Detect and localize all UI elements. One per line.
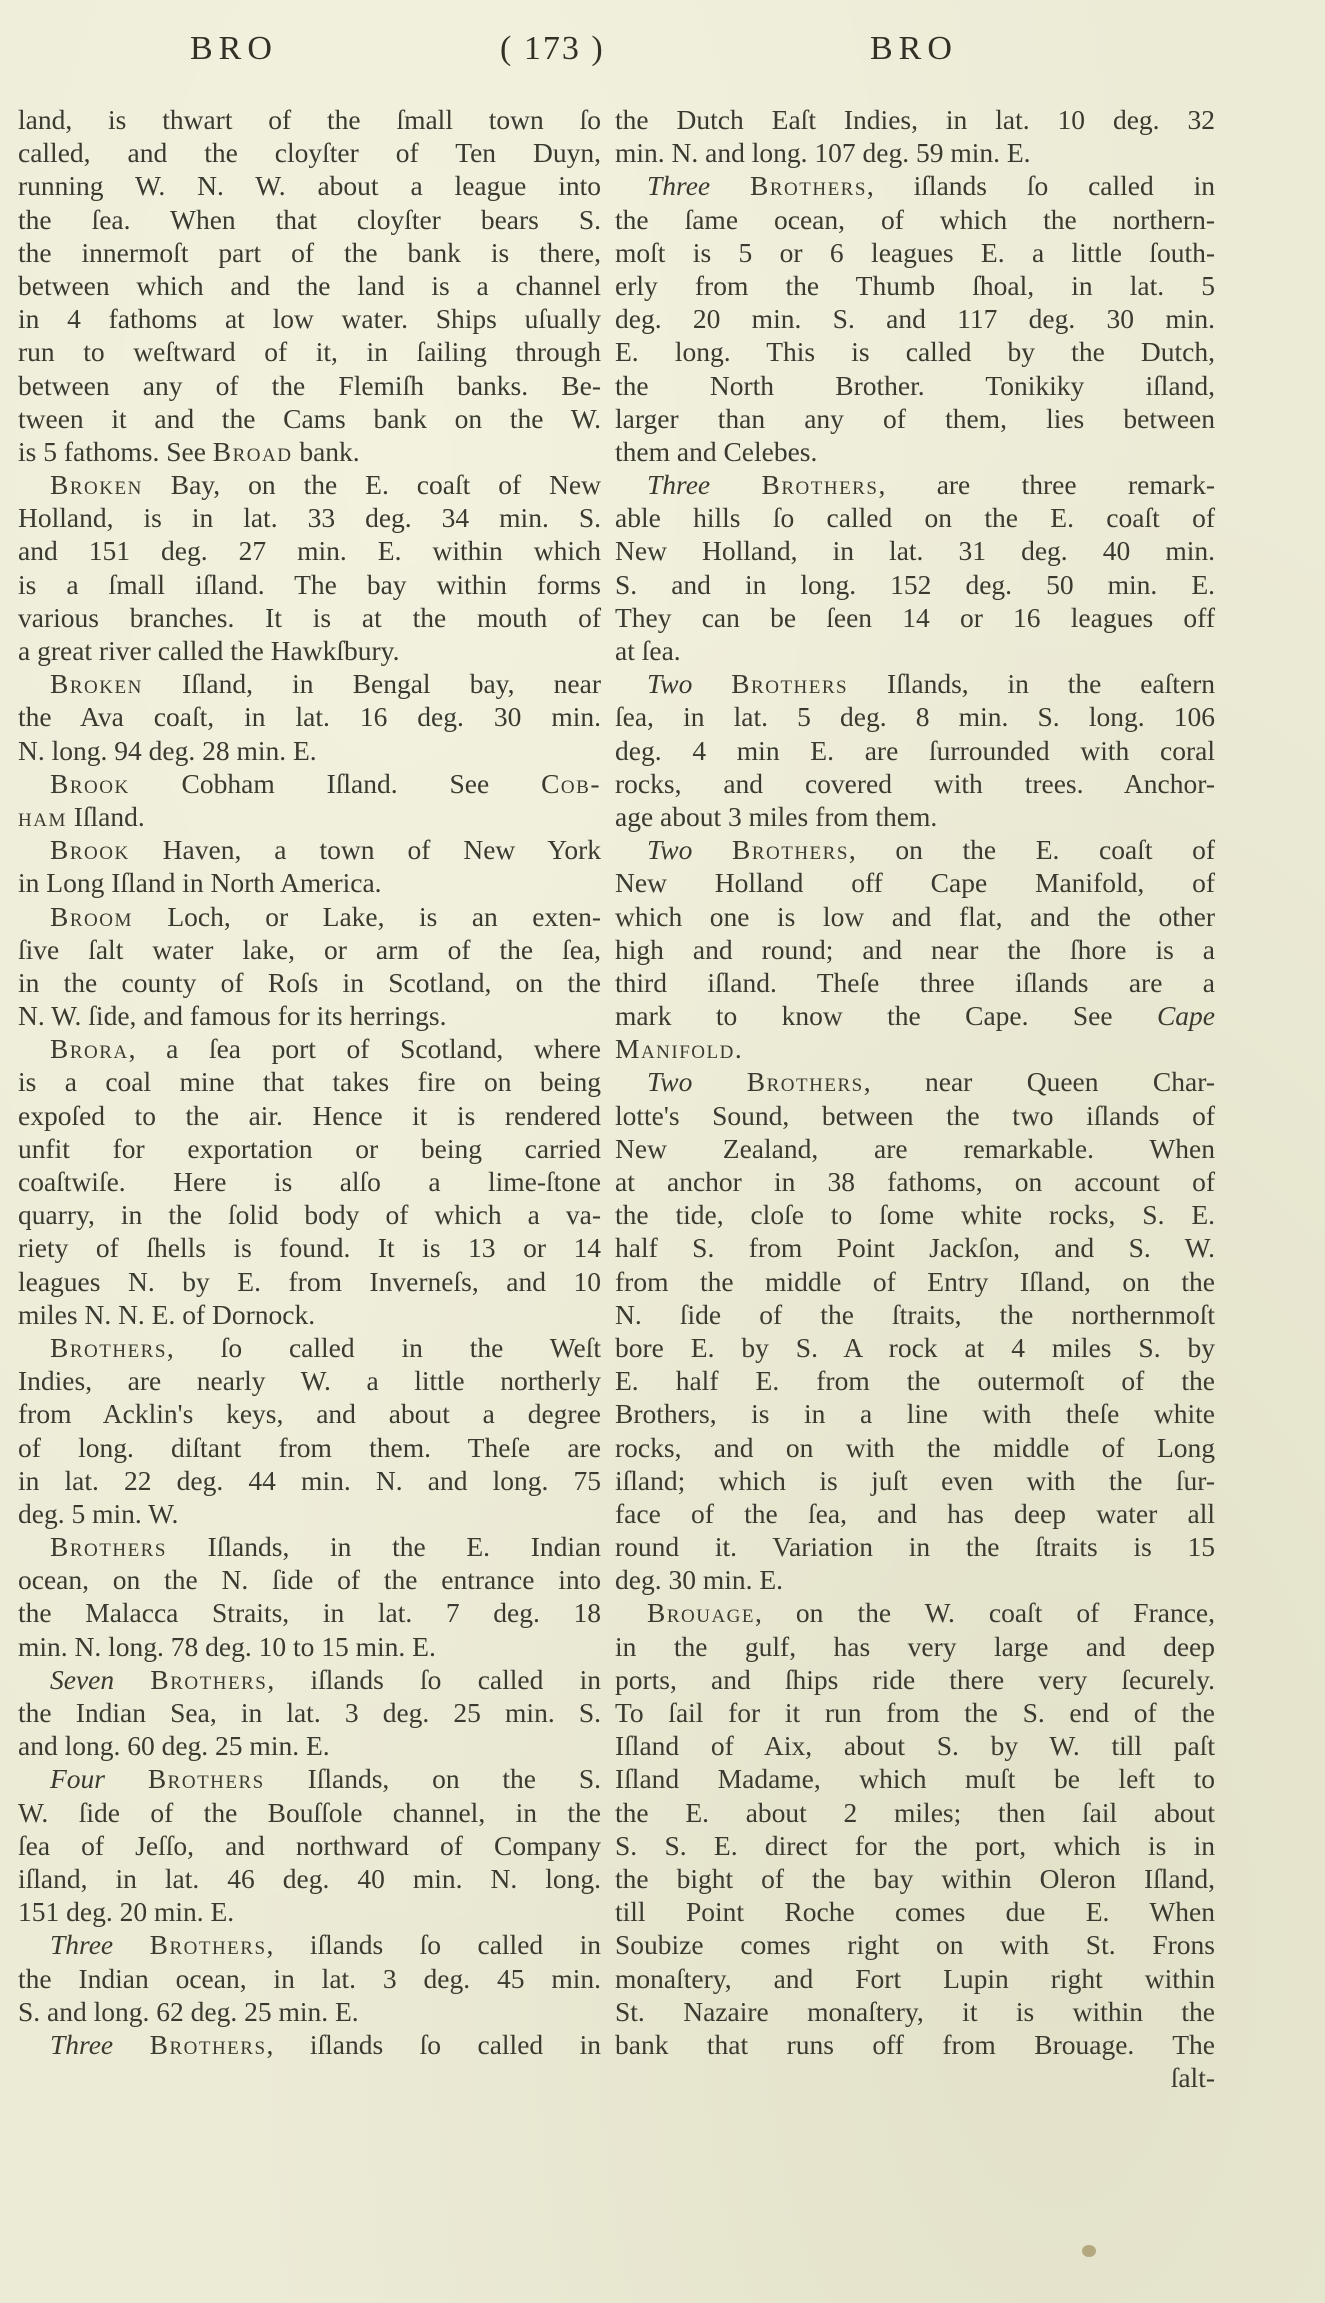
text-run: Iſland. bbox=[67, 801, 145, 832]
text-run: , on the E. coaſt of bbox=[849, 834, 1215, 865]
text-line: round it. Variation in the ſtraits is 15 bbox=[615, 1530, 1215, 1563]
text-run: called, and the cloyſter of Ten Duyn, bbox=[18, 137, 601, 168]
text-line: unfit for exportation or being carried bbox=[18, 1132, 601, 1165]
paper-stain bbox=[1082, 2245, 1096, 2257]
entry-headword: Broken bbox=[50, 469, 143, 500]
text-run: various branches. It is at the mouth of bbox=[18, 602, 601, 633]
text-run: Soubize comes right on with St. Frons bbox=[615, 1929, 1215, 1960]
text-line: Iſland Madame, which muſt be left to bbox=[615, 1762, 1215, 1795]
text-run: min. N. and long. 107 deg. 59 min. E. bbox=[615, 137, 1031, 168]
text-line: which one is low and flat, and the other bbox=[615, 900, 1215, 933]
text-line: bank that runs off from Brouage. The bbox=[615, 2028, 1215, 2061]
text-line: is a ſmall iſland. The bay within forms bbox=[18, 568, 601, 601]
text-run: New Holland off Cape Manifold, of bbox=[615, 867, 1215, 898]
text-run: able hills ſo called on the E. coaſt of bbox=[615, 502, 1215, 533]
text-line: New Holland, in lat. 31 deg. 40 min. bbox=[615, 534, 1215, 567]
entry-headword: Cob- bbox=[541, 768, 601, 799]
text-run: Iſlands, in the eaſtern bbox=[848, 668, 1215, 699]
text-line: riety of ſhells is found. It is 13 or 14 bbox=[18, 1231, 601, 1264]
text-line: St. Nazaire monaſtery, it is within the bbox=[615, 1995, 1215, 2028]
text-line: New Zealand, are remarkable. When bbox=[615, 1132, 1215, 1165]
text-run: E. long. This is called by the Dutch, bbox=[615, 336, 1215, 367]
entry-headword: Brothers bbox=[150, 1664, 267, 1695]
text-run: a great river called the Hawkſbury. bbox=[18, 635, 400, 666]
text-line: the North Brother. Tonikiky iſland, bbox=[615, 369, 1215, 402]
text-line: half S. from Point Jackſon, and S. W. bbox=[615, 1231, 1215, 1264]
entry-headword: Broom bbox=[50, 901, 133, 932]
entry-headword: Brothers bbox=[148, 1763, 265, 1794]
text-line: face of the ſea, and has deep water all bbox=[615, 1497, 1215, 1530]
text-run: bank. bbox=[292, 436, 359, 467]
text-run: monaſtery, and Fort Lupin right within bbox=[615, 1963, 1215, 1994]
text-line: from the middle of Entry Iſland, on the bbox=[615, 1265, 1215, 1298]
italic-text: Three bbox=[647, 170, 710, 201]
text-run: S. and in long. 152 deg. 50 min. E. bbox=[615, 569, 1215, 600]
text-line: called, and the cloyſter of Ten Duyn, bbox=[18, 136, 601, 169]
text-run: rocks, and on with the middle of Long bbox=[615, 1432, 1215, 1463]
entry-headword: Brook bbox=[50, 834, 130, 865]
text-run: coaſtwiſe. Here is alſo a lime-ſtone bbox=[18, 1166, 601, 1197]
text-run: Iſlands, in the E. Indian bbox=[167, 1531, 601, 1562]
text-run: Cobham Iſland. See bbox=[130, 768, 541, 799]
text-run: tween it and the Cams bank on the W. bbox=[18, 403, 601, 434]
text-line: min. N. and long. 107 deg. 59 min. E. bbox=[615, 136, 1215, 169]
text-line: the ſame ocean, of which the northern- bbox=[615, 203, 1215, 236]
text-run: the Malacca Straits, in lat. 7 deg. 18 bbox=[18, 1597, 601, 1628]
text-line: Manifold. bbox=[615, 1032, 1215, 1065]
text-run bbox=[105, 1763, 148, 1794]
text-run: the bight of the bay within Oleron Iſlan… bbox=[615, 1863, 1215, 1894]
text-line: deg. 4 min E. are ſurrounded with coral bbox=[615, 734, 1215, 767]
text-run: , ſo called in the Weſt bbox=[167, 1332, 601, 1363]
text-line: S. and in long. 152 deg. 50 min. E. bbox=[615, 568, 1215, 601]
text-run: leagues N. by E. from Inverneſs, and 10 bbox=[18, 1266, 601, 1297]
text-run: high and round; and near the ſhore is a bbox=[615, 934, 1215, 965]
text-line: Three Brothers, iſlands ſo called in bbox=[18, 2028, 601, 2061]
text-run: S. S. E. direct for the port, which is i… bbox=[615, 1830, 1215, 1861]
text-line: Three Brothers, are three remark- bbox=[615, 468, 1215, 501]
text-run: , a ſea port of Scotland, where bbox=[129, 1033, 601, 1064]
text-line: ports, and ſhips ride there very ſecurel… bbox=[615, 1663, 1215, 1696]
text-run: land, is thwart of the ſmall town ſo bbox=[18, 104, 601, 135]
text-run: ſea of Jeſſo, and northward of Company bbox=[18, 1830, 601, 1861]
text-line: run to weſtward of it, in ſailing throug… bbox=[18, 335, 601, 368]
text-run: ocean, on the N. ſide of the entrance in… bbox=[18, 1564, 601, 1595]
text-line: between which and the land is a channel bbox=[18, 269, 601, 302]
text-line: in 4 fathoms at low water. Ships uſually bbox=[18, 302, 601, 335]
text-run: deg. 30 min. E. bbox=[615, 1564, 783, 1595]
text-line: N. ſide of the ſtraits, the northernmoſt bbox=[615, 1298, 1215, 1331]
text-run: the ſame ocean, of which the northern- bbox=[615, 204, 1215, 235]
text-line: in the gulf, has very large and deep bbox=[615, 1630, 1215, 1663]
text-run: N. ſide of the ſtraits, the northernmoſt bbox=[615, 1299, 1215, 1330]
text-run: from Acklin's keys, and about a degree bbox=[18, 1398, 601, 1429]
text-line: iſland; which is juſt even with the ſur- bbox=[615, 1464, 1215, 1497]
text-run: deg. 4 min E. are ſurrounded with coral bbox=[615, 735, 1215, 766]
text-line: is 5 fathoms. See Broad bank. bbox=[18, 435, 601, 468]
text-line: land, is thwart of the ſmall town ſo bbox=[18, 103, 601, 136]
text-line: min. N. long. 78 deg. 10 to 15 min. E. bbox=[18, 1630, 601, 1663]
text-line: monaſtery, and Fort Lupin right within bbox=[615, 1962, 1215, 1995]
text-run: , iſlands ſo called in bbox=[267, 2029, 601, 2060]
italic-text: Three bbox=[50, 2029, 113, 2060]
text-run: at ſea. bbox=[615, 635, 681, 666]
page-number: ( 173 ) bbox=[500, 30, 605, 68]
text-line: of long. diſtant from them. Theſe are bbox=[18, 1431, 601, 1464]
text-line: New Holland off Cape Manifold, of bbox=[615, 866, 1215, 899]
text-line: Brothers, ſo called in the Weſt bbox=[18, 1331, 601, 1364]
text-line: ham Iſland. bbox=[18, 800, 601, 833]
text-run: of long. diſtant from them. Theſe are bbox=[18, 1432, 601, 1463]
italic-text: Two bbox=[647, 834, 692, 865]
text-line: Brouage, on the W. coaſt of France, bbox=[615, 1596, 1215, 1629]
text-line: mark to know the Cape. See Cape bbox=[615, 999, 1215, 1032]
text-line: is a coal mine that takes fire on being bbox=[18, 1065, 601, 1098]
text-run: till Point Roche comes due E. When bbox=[615, 1896, 1215, 1927]
text-line: in lat. 22 deg. 44 min. N. and long. 75 bbox=[18, 1464, 601, 1497]
text-run: ſive ſalt water lake, or arm of the ſea, bbox=[18, 934, 601, 965]
text-run: erly from the Thumb ſhoal, in lat. 5 bbox=[615, 270, 1215, 301]
text-run: deg. 5 min. W. bbox=[18, 1498, 178, 1529]
text-line: ocean, on the N. ſide of the entrance in… bbox=[18, 1563, 601, 1596]
entry-headword: Broken bbox=[50, 668, 143, 699]
text-run: E. half E. from the outermoſt of the bbox=[615, 1365, 1215, 1396]
text-run: face of the ſea, and has deep water all bbox=[615, 1498, 1215, 1529]
entry-headword: Brothers bbox=[731, 668, 848, 699]
text-run bbox=[692, 834, 732, 865]
text-line: the Ava coaſt, in lat. 16 deg. 30 min. bbox=[18, 700, 601, 733]
text-run: They can be ſeen 14 or 16 leagues off bbox=[615, 602, 1215, 633]
entry-headword: Brook bbox=[50, 768, 130, 799]
text-line: at ſea. bbox=[615, 634, 1215, 667]
text-run: quarry, in the ſolid body of which a va- bbox=[18, 1199, 601, 1230]
text-line: the ſea. When that cloyſter bears S. bbox=[18, 203, 601, 236]
text-run: rocks, and covered with trees. Anchor- bbox=[615, 768, 1215, 799]
catchword: ſalt- bbox=[615, 2061, 1215, 2094]
text-line: ſive ſalt water lake, or arm of the ſea, bbox=[18, 933, 601, 966]
text-line: able hills ſo called on the E. coaſt of bbox=[615, 501, 1215, 534]
text-run: which one is low and flat, and the other bbox=[615, 901, 1215, 932]
text-line: the innermoſt part of the bank is there, bbox=[18, 236, 601, 269]
text-run: is a ſmall iſland. The bay within forms bbox=[18, 569, 601, 600]
text-line: and 151 deg. 27 min. E. within which bbox=[18, 534, 601, 567]
text-run: Iſland Madame, which muſt be left to bbox=[615, 1763, 1215, 1794]
text-line: deg. 5 min. W. bbox=[18, 1497, 601, 1530]
text-run: Iſlands, on the S. bbox=[265, 1763, 601, 1794]
text-run: them and Celebes. bbox=[615, 436, 817, 467]
text-line: the Indian Sea, in lat. 3 deg. 25 min. S… bbox=[18, 1696, 601, 1729]
entry-headword: ham bbox=[18, 801, 67, 832]
entry-headword: Brora bbox=[50, 1033, 129, 1064]
text-line: the Dutch Eaſt Indies, in lat. 10 deg. 3… bbox=[615, 103, 1215, 136]
text-line: the bight of the bay within Oleron Iſlan… bbox=[615, 1862, 1215, 1895]
entry-headword: Brothers bbox=[750, 170, 867, 201]
entry-headword: Brothers bbox=[762, 469, 879, 500]
text-run: W. ſide of the Bouſſole channel, in the bbox=[18, 1797, 601, 1828]
text-run: , on the W. coaſt of France, bbox=[755, 1597, 1215, 1628]
text-line: coaſtwiſe. Here is alſo a lime-ſtone bbox=[18, 1165, 601, 1198]
text-run: ſea, in lat. 5 deg. 8 min. S. long. 106 bbox=[615, 701, 1215, 732]
text-line: Broken Iſland, in Bengal bay, near bbox=[18, 667, 601, 700]
text-run bbox=[692, 668, 731, 699]
text-line: bore E. by S. A rock at 4 miles S. by bbox=[615, 1331, 1215, 1364]
text-run: . bbox=[735, 1033, 742, 1064]
text-run: the E. about 2 miles; then ſail about bbox=[615, 1797, 1215, 1828]
text-run: To ſail for it run from the S. end of th… bbox=[615, 1697, 1215, 1728]
text-line: Brook Cobham Iſland. See Cob- bbox=[18, 767, 601, 800]
text-line: Broken Bay, on the E. coaſt of New bbox=[18, 468, 601, 501]
text-run: , iſlands ſo called in bbox=[267, 1664, 601, 1695]
text-line: erly from the Thumb ſhoal, in lat. 5 bbox=[615, 269, 1215, 302]
text-run: New Zealand, are remarkable. When bbox=[615, 1133, 1215, 1164]
text-run: is a coal mine that takes fire on being bbox=[18, 1066, 601, 1097]
text-line: age about 3 miles from them. bbox=[615, 800, 1215, 833]
text-run: between any of the Flemiſh banks. Be- bbox=[18, 370, 601, 401]
text-run: Holland, is in lat. 33 deg. 34 min. S. bbox=[18, 502, 601, 533]
text-line: Two Brothers, on the E. coaſt of bbox=[615, 833, 1215, 866]
text-run: in the gulf, has very large and deep bbox=[615, 1631, 1215, 1662]
text-run bbox=[710, 469, 761, 500]
text-run: between which and the land is a channel bbox=[18, 270, 601, 301]
text-run: Iſland of Aix, about S. by W. till paſt bbox=[615, 1730, 1215, 1761]
text-line: S. and long. 62 deg. 25 min. E. bbox=[18, 1995, 601, 2028]
text-run: ports, and ſhips ride there very ſecurel… bbox=[615, 1664, 1215, 1695]
text-run: miles N. N. E. of Dornock. bbox=[18, 1299, 315, 1330]
text-run: bore E. by S. A rock at 4 miles S. by bbox=[615, 1332, 1215, 1363]
text-line: W. ſide of the Bouſſole channel, in the bbox=[18, 1796, 601, 1829]
running-head-left: BRO bbox=[190, 30, 278, 68]
text-line: leagues N. by E. from Inverneſs, and 10 bbox=[18, 1265, 601, 1298]
text-run: min. N. long. 78 deg. 10 to 15 min. E. bbox=[18, 1631, 436, 1662]
text-run: the Indian ocean, in lat. 3 deg. 45 min. bbox=[18, 1963, 601, 1994]
text-line: in Long Iſland in North America. bbox=[18, 866, 601, 899]
text-run: unfit for exportation or being carried bbox=[18, 1133, 601, 1164]
text-run: at anchor in 38 fathoms, on account of bbox=[615, 1166, 1215, 1197]
text-run: 151 deg. 20 min. E. bbox=[18, 1896, 234, 1927]
text-line: Brook Haven, a town of New York bbox=[18, 833, 601, 866]
text-line: expoſed to the air. Hence it is rendered bbox=[18, 1099, 601, 1132]
entry-headword: Brouage bbox=[647, 1597, 755, 1628]
italic-text: Seven bbox=[50, 1664, 114, 1695]
italic-text: Four bbox=[50, 1763, 105, 1794]
text-run: New Holland, in lat. 31 deg. 40 min. bbox=[615, 535, 1215, 566]
text-run bbox=[113, 2029, 149, 2060]
text-line: rocks, and on with the middle of Long bbox=[615, 1431, 1215, 1464]
text-line: deg. 20 min. S. and 117 deg. 30 min. bbox=[615, 302, 1215, 335]
text-line: ſea of Jeſſo, and northward of Company bbox=[18, 1829, 601, 1862]
text-line: till Point Roche comes due E. When bbox=[615, 1895, 1215, 1928]
text-line: Two Brothers Iſlands, in the eaſtern bbox=[615, 667, 1215, 700]
text-run: , iſlands ſo called in bbox=[267, 1929, 601, 1960]
text-run: Iſland, in Bengal bay, near bbox=[143, 668, 601, 699]
text-line: from Acklin's keys, and about a degree bbox=[18, 1397, 601, 1430]
text-line: the E. about 2 miles; then ſail about bbox=[615, 1796, 1215, 1829]
text-run: riety of ſhells is found. It is 13 or 14 bbox=[18, 1232, 601, 1263]
text-line: E. long. This is called by the Dutch, bbox=[615, 335, 1215, 368]
text-run: S. and long. 62 deg. 25 min. E. bbox=[18, 1996, 359, 2027]
text-line: quarry, in the ſolid body of which a va- bbox=[18, 1198, 601, 1231]
text-line: the Malacca Straits, in lat. 7 deg. 18 bbox=[18, 1596, 601, 1629]
text-line: S. S. E. direct for the port, which is i… bbox=[615, 1829, 1215, 1862]
running-header: BRO ( 173 ) BRO bbox=[0, 30, 1325, 80]
italic-text: Cape bbox=[1157, 1000, 1215, 1031]
text-run bbox=[114, 1664, 150, 1695]
text-run: run to weſtward of it, in ſailing throug… bbox=[18, 336, 601, 367]
italic-text: Two bbox=[647, 1066, 692, 1097]
text-line: tween it and the Cams bank on the W. bbox=[18, 402, 601, 435]
text-line: in the county of Roſs in Scotland, on th… bbox=[18, 966, 601, 999]
text-run bbox=[710, 170, 750, 201]
text-line: the Indian ocean, in lat. 3 deg. 45 min. bbox=[18, 1962, 601, 1995]
text-line: Brothers, is in a line with theſe white bbox=[615, 1397, 1215, 1430]
running-head-right: BRO bbox=[870, 30, 958, 68]
text-run: Loch, or Lake, is an exten- bbox=[133, 901, 601, 932]
text-run: half S. from Point Jackſon, and S. W. bbox=[615, 1232, 1215, 1263]
text-run: mark to know the Cape. See bbox=[615, 1000, 1157, 1031]
text-run: iſland, in lat. 46 deg. 40 min. N. long. bbox=[18, 1863, 601, 1894]
text-line: moſt is 5 or 6 leagues E. a little ſouth… bbox=[615, 236, 1215, 269]
text-run: larger than any of them, lies between bbox=[615, 403, 1215, 434]
entry-headword: Brothers bbox=[150, 2029, 267, 2060]
text-line: and long. 60 deg. 25 min. E. bbox=[18, 1729, 601, 1762]
text-run: St. Nazaire monaſtery, it is within the bbox=[615, 1996, 1215, 2027]
entry-headword: Broad bbox=[213, 436, 293, 467]
text-run: in 4 fathoms at low water. Ships uſually bbox=[18, 303, 601, 334]
text-line: the tide, cloſe to ſome white rocks, S. … bbox=[615, 1198, 1215, 1231]
entry-headword: Brothers bbox=[50, 1332, 167, 1363]
text-run: and long. 60 deg. 25 min. E. bbox=[18, 1730, 330, 1761]
text-line: Three Brothers, iſlands ſo called in bbox=[18, 1928, 601, 1961]
text-line: Brora, a ſea port of Scotland, where bbox=[18, 1032, 601, 1065]
text-line: miles N. N. E. of Dornock. bbox=[18, 1298, 601, 1331]
text-run: lotte's Sound, between the two iſlands o… bbox=[615, 1100, 1215, 1131]
text-line: Indies, are nearly W. a little northerly bbox=[18, 1364, 601, 1397]
text-line: a great river called the Hawkſbury. bbox=[18, 634, 601, 667]
text-run: moſt is 5 or 6 leagues E. a little ſouth… bbox=[615, 237, 1215, 268]
text-run: , near Queen Char- bbox=[864, 1066, 1215, 1097]
text-line: third iſland. Theſe three iſlands are a bbox=[615, 966, 1215, 999]
text-run bbox=[692, 1066, 746, 1097]
italic-text: Three bbox=[50, 1929, 113, 1960]
text-run: expoſed to the air. Hence it is rendered bbox=[18, 1100, 601, 1131]
left-column: land, is thwart of the ſmall town ſocall… bbox=[18, 103, 601, 2061]
text-line: running W. N. W. about a league into bbox=[18, 169, 601, 202]
text-line: larger than any of them, lies between bbox=[615, 402, 1215, 435]
text-run: Brothers, is in a line with theſe white bbox=[615, 1398, 1215, 1429]
text-run: in Long Iſland in North America. bbox=[18, 867, 382, 898]
text-run: from the middle of Entry Iſland, on the bbox=[615, 1266, 1215, 1297]
text-line: rocks, and covered with trees. Anchor- bbox=[615, 767, 1215, 800]
text-line: at anchor in 38 fathoms, on account of bbox=[615, 1165, 1215, 1198]
entry-headword: Brothers bbox=[150, 1929, 267, 1960]
text-run: is 5 fathoms. See bbox=[18, 436, 213, 467]
text-line: E. half E. from the outermoſt of the bbox=[615, 1364, 1215, 1397]
text-run: , are three remark- bbox=[878, 469, 1215, 500]
text-line: lotte's Sound, between the two iſlands o… bbox=[615, 1099, 1215, 1132]
text-run: iſland; which is juſt even with the ſur- bbox=[615, 1465, 1215, 1496]
text-line: ſea, in lat. 5 deg. 8 min. S. long. 106 bbox=[615, 700, 1215, 733]
text-run: bank that runs off from Brouage. The bbox=[615, 2029, 1215, 2060]
text-run: Bay, on the E. coaſt of New bbox=[143, 469, 601, 500]
text-run: the innermoſt part of the bank is there, bbox=[18, 237, 601, 268]
text-line: Four Brothers Iſlands, on the S. bbox=[18, 1762, 601, 1795]
text-line: between any of the Flemiſh banks. Be- bbox=[18, 369, 601, 402]
text-line: To ſail for it run from the S. end of th… bbox=[615, 1696, 1215, 1729]
text-run bbox=[113, 1929, 149, 1960]
text-run: the tide, cloſe to ſome white rocks, S. … bbox=[615, 1199, 1215, 1230]
text-line: Seven Brothers, iſlands ſo called in bbox=[18, 1663, 601, 1696]
text-line: Broom Loch, or Lake, is an exten- bbox=[18, 900, 601, 933]
text-line: Brothers Iſlands, in the E. Indian bbox=[18, 1530, 601, 1563]
text-line: They can be ſeen 14 or 16 leagues off bbox=[615, 601, 1215, 634]
text-line: various branches. It is at the mouth of bbox=[18, 601, 601, 634]
text-run: the Indian Sea, in lat. 3 deg. 25 min. S… bbox=[18, 1697, 601, 1728]
text-line: Holland, is in lat. 33 deg. 34 min. S. bbox=[18, 501, 601, 534]
text-line: N. W. ſide, and famous for its herrings. bbox=[18, 999, 601, 1032]
text-run: in the county of Roſs in Scotland, on th… bbox=[18, 967, 601, 998]
text-run: round it. Variation in the ſtraits is 15 bbox=[615, 1531, 1215, 1562]
text-line: N. long. 94 deg. 28 min. E. bbox=[18, 734, 601, 767]
text-run: and 151 deg. 27 min. E. within which bbox=[18, 535, 601, 566]
text-line: Two Brothers, near Queen Char- bbox=[615, 1065, 1215, 1098]
entry-headword: Brothers bbox=[747, 1066, 864, 1097]
text-run: , iſlands ſo called in bbox=[867, 170, 1215, 201]
text-line: Three Brothers, iſlands ſo called in bbox=[615, 169, 1215, 202]
text-line: deg. 30 min. E. bbox=[615, 1563, 1215, 1596]
text-line: them and Celebes. bbox=[615, 435, 1215, 468]
text-run: third iſland. Theſe three iſlands are a bbox=[615, 967, 1215, 998]
text-line: Soubize comes right on with St. Frons bbox=[615, 1928, 1215, 1961]
text-run: N. long. 94 deg. 28 min. E. bbox=[18, 735, 317, 766]
entry-headword: Manifold bbox=[615, 1033, 735, 1064]
text-line: Iſland of Aix, about S. by W. till paſt bbox=[615, 1729, 1215, 1762]
text-run: deg. 20 min. S. and 117 deg. 30 min. bbox=[615, 303, 1215, 334]
italic-text: Three bbox=[647, 469, 710, 500]
text-run: the Dutch Eaſt Indies, in lat. 10 deg. 3… bbox=[615, 104, 1215, 135]
text-line: iſland, in lat. 46 deg. 40 min. N. long. bbox=[18, 1862, 601, 1895]
text-run: running W. N. W. about a league into bbox=[18, 170, 601, 201]
text-run: N. W. ſide, and famous for its herrings. bbox=[18, 1000, 446, 1031]
right-column: the Dutch Eaſt Indies, in lat. 10 deg. 3… bbox=[615, 103, 1215, 2094]
italic-text: Two bbox=[647, 668, 692, 699]
text-run: in lat. 22 deg. 44 min. N. and long. 75 bbox=[18, 1465, 601, 1496]
entry-headword: Brothers bbox=[50, 1531, 167, 1562]
entry-headword: Brothers bbox=[732, 834, 849, 865]
text-run: the Ava coaſt, in lat. 16 deg. 30 min. bbox=[18, 701, 601, 732]
text-run: Haven, a town of New York bbox=[130, 834, 601, 865]
text-run: the ſea. When that cloyſter bears S. bbox=[18, 204, 601, 235]
text-line: 151 deg. 20 min. E. bbox=[18, 1895, 601, 1928]
text-line: high and round; and near the ſhore is a bbox=[615, 933, 1215, 966]
text-run: the North Brother. Tonikiky iſland, bbox=[615, 370, 1215, 401]
text-run: Indies, are nearly W. a little northerly bbox=[18, 1365, 601, 1396]
text-run: age about 3 miles from them. bbox=[615, 801, 937, 832]
